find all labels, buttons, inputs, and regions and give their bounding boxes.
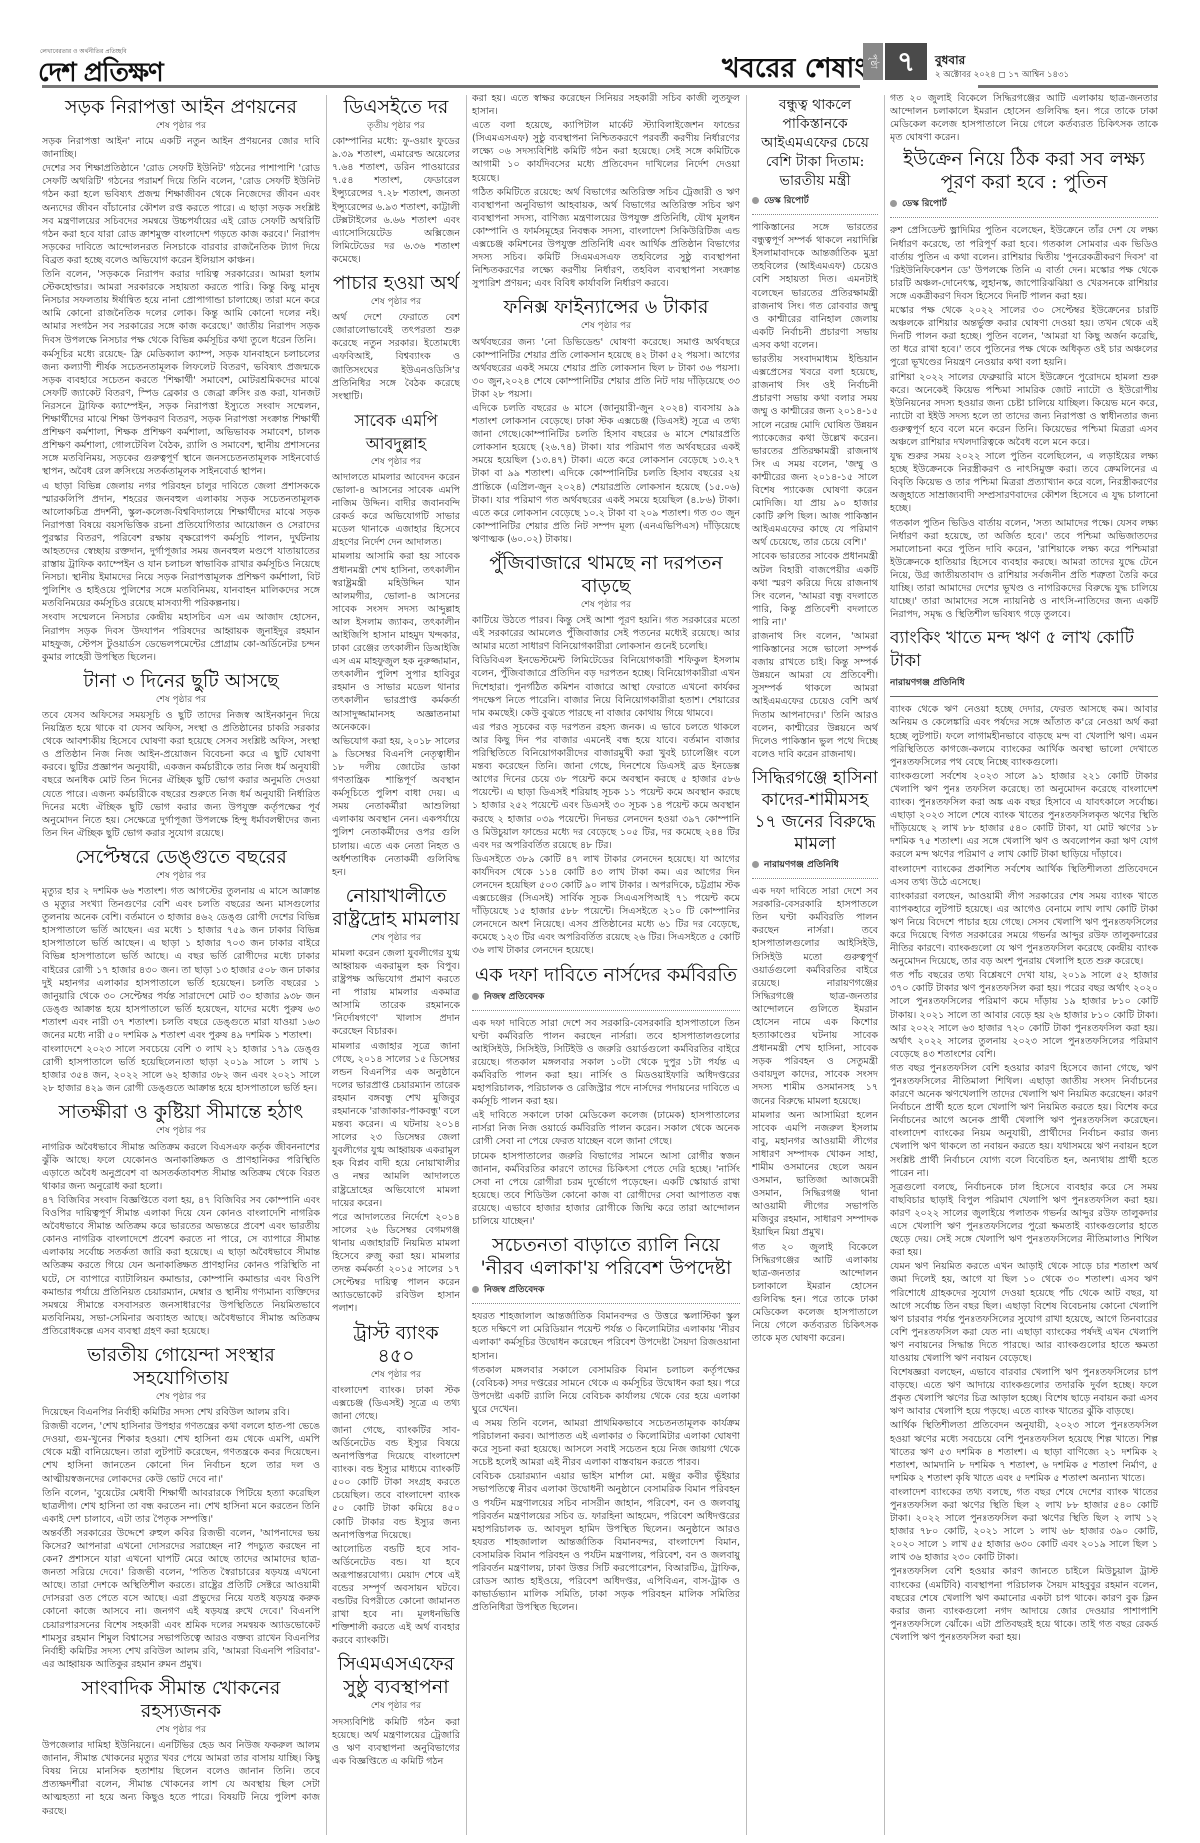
paragraph: উপজেলার দামিহা ইউনিয়নে। এনটিভির হেড অব … xyxy=(42,1739,320,1818)
article-siddhirganj[interactable]: সিদ্ধিরগঞ্জে হাসিনা কাদের-শামীমসহ ১৭ জনে… xyxy=(752,767,878,1345)
paragraph: অন্তর্বর্তী সরকারের উদ্দেশে রুহুল কবির র… xyxy=(42,1527,320,1671)
headline[interactable]: সচেতনতা বাড়াতে র‍্যালি নিয়ে 'নীরব এলাক… xyxy=(472,1234,740,1280)
paragraph: মামলায় আসামি করা হয় সাবেক প্রধানমন্ত্র… xyxy=(332,550,460,733)
bullet-icon xyxy=(472,1286,479,1293)
paragraph: বাংলাদেশ ব্যাংক। ঢাকা স্টক এক্সচেঞ্জ (ডি… xyxy=(332,1384,460,1423)
paragraph: এর পরও সূচকের বড় দরপতন রহস্য জনক। এ ভাব… xyxy=(472,721,740,852)
paragraph: এদিকে চলতি বছরের ৬ মাসে (জানুয়ারী-জুন ২… xyxy=(472,402,740,546)
article-silent-zone[interactable]: সচেতনতা বাড়াতে র‍্যালি নিয়ে 'নীরব এলাক… xyxy=(472,1234,740,1614)
paragraph: এ সময় তিনি বলেন, আমরা প্রাথমিকভাবে সচেত… xyxy=(472,1417,740,1469)
paragraph: গত ২০ জুলাই বিকেলে সিদ্ধিরগঞ্জের আটি এলা… xyxy=(752,1241,878,1346)
headline[interactable]: ভারতীয় গোয়েন্দা সংস্থার সহযোগিতায় xyxy=(42,1344,320,1390)
paragraph: রাজনাথ সিং বলেন, 'আমরা পাকিস্তানের সঙ্গে… xyxy=(752,630,878,761)
article-noakhali[interactable]: নোয়াখালীতে রাষ্ট্রদ্রোহ মামলায় শেষ পৃষ… xyxy=(332,885,460,1316)
column-divider xyxy=(884,95,885,1835)
byline-text: নিজস্ব প্রতিবেদক xyxy=(484,1285,544,1295)
paragraph: কাটিয়ে উঠতে পারব। কিন্তু সেই আশা পূরণ হ… xyxy=(472,614,740,653)
issue-date: ২ অক্টোবর ২০২৪ ◻ ১৭ আশ্বিন ১৪৩১ xyxy=(935,68,1069,82)
column-divider xyxy=(746,95,747,1835)
headline[interactable]: সড়ক নিরাপত্তা আইন প্রণয়নের xyxy=(42,96,320,119)
bullet-icon xyxy=(752,197,759,204)
paragraph: অর্থবছরের জন্য 'নো ডিভিডেন্ড' ঘোষণা করেছ… xyxy=(472,336,740,401)
paragraph: সদস্যবিশিষ্ট কমিটি গঠন করা হয়েছে। অর্থ … xyxy=(332,1716,460,1768)
paragraph: দেশের সব শিক্ষাপ্রতিষ্ঠানে 'রোড সেফটি ইউ… xyxy=(42,162,320,267)
continued-label: শেষ পৃষ্ঠার পর xyxy=(472,320,740,333)
bullet-icon xyxy=(472,993,479,1000)
byline-text: নারায়ণগঞ্জ প্রতিনিধি xyxy=(764,860,839,870)
paragraph: আদালতে মামলার আবেদন করেন ভোলা-৪ আসনের সা… xyxy=(332,471,460,550)
paragraph: দিয়েছেন বিএনপির নির্বাহী কমিটির সদস্য শ… xyxy=(42,1406,320,1419)
headline[interactable]: পাচার হওয়া অর্থ xyxy=(332,272,460,295)
paragraph: মামলার এজাহার সূত্রে জানা গেছে, ২০১৪ সাল… xyxy=(332,1040,460,1210)
paragraph: ৪৭ বিজিবির সংবাদ বিজ্ঞপ্তিতে বলা হয়, ৪৭… xyxy=(42,1194,320,1338)
article-phoenix[interactable]: ফনিক্স ফাইন্যান্সের ৬ টাকার শেষ পৃষ্ঠার … xyxy=(472,296,740,546)
paragraph: এক দফা দাবিতে সারা দেশে সব সরকারি-বেসরকা… xyxy=(752,885,878,1108)
paragraph: গতকাল মঙ্গলবার সকালে বেসামরিক বিমান চলাচ… xyxy=(472,1364,740,1416)
paragraph: বাংলাদেশ ব্যাংকের প্রকাশিত সর্বশেষ আর্থি… xyxy=(890,863,1158,889)
paragraph: অভিযোগ করা হয়, ২০১৮ সালের ৯ ডিসেম্বর বি… xyxy=(332,735,460,879)
column-divider xyxy=(466,95,467,1835)
paragraph: জানা গেছে, ব্যাংকটির সাব-অর্ডিনেটেড বন্ড… xyxy=(332,1424,460,1542)
headline[interactable]: ব্যাংকিং খাতে মন্দ ঋণ ৫ লাখ কোটি টাকা xyxy=(890,627,1158,673)
paragraph: গত পাঁচ বছরের তথ্য বিশ্লেষণে দেখা যায়, … xyxy=(890,969,1158,1061)
continued-label: শেষ পৃষ্ঠার পর xyxy=(332,296,460,309)
paragraph: রুশ প্রেসিডেন্ট ভ্লাদিমির পুতিন বলেছেন, … xyxy=(890,224,1158,303)
headline[interactable]: সাতক্ষীরা ও কুষ্টিয়া সীমান্তে হঠাৎ xyxy=(42,1101,320,1124)
continued-label: শেষ পৃষ্ঠার পর xyxy=(42,120,320,133)
masthead: লেখাবেরতার ও অর্থনীতির প্রতিচ্ছবি দেশ প্… xyxy=(0,0,1200,80)
headline[interactable]: বন্ধুত্ব থাকলে পাকিস্তানকে আইএমএফের চেয়… xyxy=(752,96,878,191)
byline: নারায়ণগঞ্জ প্রতিনিধি xyxy=(752,856,878,879)
headline[interactable]: সেপ্টেম্বরে ডেঙ্গুতে বছরের xyxy=(42,846,320,869)
article-putin[interactable]: গত ২০ জুলাই বিকেলে সিদ্ধিরগঞ্জের আটি এলা… xyxy=(890,92,1158,621)
headline[interactable]: এক দফা দাবিতে নার্সদের কর্মবিরতি xyxy=(472,964,740,987)
headline[interactable]: নোয়াখালীতে রাষ্ট্রদ্রোহ মামলায় xyxy=(332,885,460,931)
paragraph: ঢামেক হাসপাতালের জরুরি বিভাগের সামনে আসা… xyxy=(472,1150,740,1229)
page-label: পৃষ্ঠা xyxy=(863,43,883,80)
headline[interactable]: পুঁজিবাজারে থামছে না দরপতন বাড়ছে xyxy=(472,552,740,598)
paragraph: রাশিয়া ২০২২ সালের ফেব্রুয়ারি মাসে ইউক্… xyxy=(890,371,1158,450)
article-road-safety[interactable]: সড়ক নিরাপত্তা আইন প্রণয়নের শেষ পৃষ্ঠার… xyxy=(42,96,320,664)
column-right: গত ২০ জুলাই বিকেলে সিদ্ধিরগঞ্জের আটি এলা… xyxy=(890,92,1158,1837)
article-cmsf-top[interactable]: করা হয়। এতে স্বাক্ষর করেছেন সিনিয়র সহক… xyxy=(472,92,740,290)
paragraph: গতকাল পুতিন ভিডিও বার্তায় বলেন, 'সত্য আ… xyxy=(890,517,1158,622)
paragraph: নাগরিক অবৈধভাবে সীমান্ত অতিক্রম করলে বিএ… xyxy=(42,1141,320,1193)
page-number: ৭ xyxy=(885,43,927,80)
continued-label: শেষ পৃষ্ঠার পর xyxy=(42,1724,320,1737)
article-intelligence[interactable]: ভারতীয় গোয়েন্দা সংস্থার সহযোগিতায় শেষ… xyxy=(42,1344,320,1671)
header-rule-left xyxy=(42,85,860,88)
paragraph: তিনি বলেন, 'সড়ককে নিরাপদ করার দায়িত্ব … xyxy=(42,268,320,347)
paragraph: ভারতীয় সংবাদমাধ্যম ইন্ডিয়ান এক্সপ্রেসে… xyxy=(752,353,878,549)
headline[interactable]: সাবেক এমপি আবদুল্লাহ xyxy=(332,409,460,455)
bullet-icon xyxy=(752,861,759,868)
header-rule-right xyxy=(978,85,1158,88)
paragraph: অর্থ দেশে ফেরাতে বেশ জোরালোভাবেই তৎপরতা … xyxy=(332,311,460,403)
article-journalist[interactable]: সাংবাদিক সীমান্ত খোকনের রহস্যজনক শেষ পৃষ… xyxy=(42,1677,320,1818)
byline-text: ডেস্ক রিপোর্ট xyxy=(902,199,947,209)
byline: ডেস্ক রিপোর্ট xyxy=(890,195,1158,218)
paragraph: রিজভী বলেন, 'শেখ হাসিনার উপহার গণতন্ত্রে… xyxy=(42,1420,320,1485)
paragraph: যেমন ঋণ নিয়মিত করতে এখন আড়াই থেকে সাড়… xyxy=(890,1260,1158,1365)
article-dengue[interactable]: সেপ্টেম্বরে ডেঙ্গুতে বছরের শেষ পৃষ্ঠার প… xyxy=(42,846,320,1096)
headline[interactable]: ডিএসইতে দর xyxy=(332,96,460,119)
article-cmsf-management[interactable]: সিএমএসএফের সুষ্ঠু ব্যবস্থাপনা শেষ পৃষ্ঠা… xyxy=(332,1653,460,1767)
paragraph: আলোচিত বন্ডটি হবে সাব-অর্ডিনেটেড বন্ড। য… xyxy=(332,1543,460,1648)
article-dse-price[interactable]: ডিএসইতে দর তৃতীয় পৃষ্ঠার পর কোম্পানির ম… xyxy=(332,96,460,266)
article-nurses[interactable]: এক দফা দাবিতে নার্সদের কর্মবিরতি নিজস্ব … xyxy=(472,964,740,1229)
paragraph: তবে যেসব অফিসের সময়সূচি ও ছুটি তাদের নি… xyxy=(42,709,320,840)
continued-label: শেষ পৃষ্ঠার পর xyxy=(42,870,320,883)
column-narrow-right: বন্ধুত্ব থাকলে পাকিস্তানকে আইএমএফের চেয়… xyxy=(752,92,878,1837)
paragraph: কর্মসূচির মধ্যে রয়েছে- ফ্রি মেডিক্যাল ক… xyxy=(42,348,320,479)
byline-text: নিজস্ব প্রতিবেদক xyxy=(484,992,544,1002)
paragraph: এক দফা দাবিতে সারা দেশে সব সরকারি-বেসরকা… xyxy=(472,1017,740,1109)
paragraph: পুনঃতফসিল বেশি হওয়ার কারণ জানতে চাইলে ম… xyxy=(890,1565,1158,1644)
paragraph: সংবাদ সম্মেলনে নিসচার কেন্দ্রীয় মহাসচিব… xyxy=(42,611,320,663)
article-bank-loans[interactable]: ব্যাংকিং খাতে মন্দ ঋণ ৫ লাখ কোটি টাকা না… xyxy=(890,627,1158,1644)
byline: নারায়ণগঞ্জ প্রতিনিধি xyxy=(890,674,1158,697)
paragraph: করা হয়। এতে স্বাক্ষর করেছেন সিনিয়র সহক… xyxy=(472,92,740,118)
bullet-icon xyxy=(890,200,897,207)
paragraph: বিডিবিএল ইনভেস্টমেন্ট লিমিটেডের বিনিয়োগ… xyxy=(472,654,740,719)
paragraph: মামলার অন্য আসামিরা হলেন সাবেক এমপি নজরু… xyxy=(752,1109,878,1240)
continued-label: শেষ পৃষ্ঠার পর xyxy=(332,1369,460,1382)
continued-label: শেষ পৃষ্ঠার পর xyxy=(332,932,460,945)
paragraph: বাংলাদেশ ব্যাংকের তথ্য বলছে, গত বছর শেষে… xyxy=(890,1486,1158,1565)
byline: নিজস্ব প্রতিবেদক xyxy=(472,1281,740,1304)
column-narrow: ডিএসইতে দর তৃতীয় পৃষ্ঠার পর কোম্পানির ম… xyxy=(332,92,460,1837)
byline-text: নারায়ণগঞ্জ প্রতিনিধি xyxy=(890,678,965,688)
article-stock-market[interactable]: পুঁজিবাজারে থামছে না দরপতন বাড়ছে শেষ পৃ… xyxy=(472,552,740,958)
headline[interactable]: সাংবাদিক সীমান্ত খোকনের রহস্যজনক xyxy=(42,1677,320,1723)
paragraph: সাবেক ভারতের সাবেক প্রধানমন্ত্রী অটল বিহ… xyxy=(752,550,878,629)
continued-label: তৃতীয় পৃষ্ঠার পর xyxy=(332,120,460,133)
paragraph: এ ছাড়া বিভিন্ন জেলায় নগর পরিবহন চালুর … xyxy=(42,480,320,611)
paragraph: সড়ক নিরাপত্তা আইন' নামে একটি নতুন আইন প… xyxy=(42,135,320,161)
paragraph: বেবিচক চেয়ারম্যান এয়ার ভাইস মার্শাল মো… xyxy=(472,1470,740,1614)
article-money-laundering[interactable]: পাচার হওয়া অর্থ শেষ পৃষ্ঠার পর অর্থ দেশ… xyxy=(332,272,460,403)
continued-label: শেষ পৃষ্ঠার পর xyxy=(332,456,460,469)
paragraph: মস্কোর পক্ষ থেকে ২০২২ সালের ৩০ সেপ্টেম্ব… xyxy=(890,304,1158,369)
paragraph: পরে আদালতের নির্দেশে ২০১৪ সালের ২৬ ডিসেম… xyxy=(332,1211,460,1316)
paragraph: মৃত্যুর হার ২ দশমিক ৬৬ শতাংশ। গত আগস্টের… xyxy=(42,885,320,1042)
byline-text: ডেস্ক রিপোর্ট xyxy=(764,196,809,206)
article-pakistan-imf[interactable]: বন্ধুত্ব থাকলে পাকিস্তানকে আইএমএফের চেয়… xyxy=(752,96,878,761)
paragraph: গঠিত কমিটিতে রয়েছে: অর্থ বিভাগের অতিরিক… xyxy=(472,186,740,291)
headline[interactable]: সিদ্ধিরগঞ্জে হাসিনা কাদের-শামীমসহ ১৭ জনে… xyxy=(752,767,878,855)
paragraph: সূত্রগুলো বলছে, নির্বাচনকে ঢাল হিসেবে ব্… xyxy=(890,1181,1158,1260)
paragraph: বাংলাদেশে ২০২৩ সালে সবচেয়ে বেশি ৩ লাখ ২… xyxy=(42,1043,320,1095)
paragraph: এতে বলা হয়েছে, ক্যাপিটাল মার্কেট স্ট্যা… xyxy=(472,119,740,184)
headline[interactable]: ট্রাস্ট ব্যাংক ৪৫০ xyxy=(332,1322,460,1368)
continued-label: শেষ পৃষ্ঠার পর xyxy=(42,694,320,707)
article-holiday[interactable]: টানা ৩ দিনের ছুটি আসছে শেষ পৃষ্ঠার পর তব… xyxy=(42,670,320,840)
article-trust-bank[interactable]: ট্রাস্ট ব্যাংক ৪৫০ শেষ পৃষ্ঠার পর বাংলাদ… xyxy=(332,1322,460,1648)
paragraph: ব্যাংকগুলো সর্বশেষ ২০২৩ সালে ৯১ হাজার ২২… xyxy=(890,770,1158,862)
paragraph: ব্যাংকাররা বলছেন, আওয়ামী লীগ সরকারের শে… xyxy=(890,890,1158,969)
continued-label: শেষ পৃষ্ঠার পর xyxy=(42,1125,320,1138)
paragraph: যুদ্ধ শুরুর সময় ২০২২ সালে পুতিন বলেছিলে… xyxy=(890,450,1158,515)
article-border[interactable]: সাতক্ষীরা ও কুষ্টিয়া সীমান্তে হঠাৎ শেষ … xyxy=(42,1101,320,1338)
headline[interactable]: ফনিক্স ফাইন্যান্সের ৬ টাকার xyxy=(472,296,740,319)
paragraph: গত বছর পুনঃতফসিল বেশি হওয়ার কারণ হিসেবে… xyxy=(890,1062,1158,1180)
paragraph: পাকিস্তানের সঙ্গে ভারতের বন্ধুত্বপূর্ণ স… xyxy=(752,221,878,352)
article-abdullah[interactable]: সাবেক এমপি আবদুল্লাহ শেষ পৃষ্ঠার পর আদাল… xyxy=(332,409,460,879)
paragraph: হযরত শাহজালাল আন্তর্জাতিক বিমানবন্দর ও উ… xyxy=(472,1310,740,1362)
continued-label: শেষ পৃষ্ঠার পর xyxy=(472,599,740,612)
column-middle: করা হয়। এতে স্বাক্ষর করেছেন সিনিয়র সহক… xyxy=(472,92,740,1837)
continued-label: শেষ পৃষ্ঠার পর xyxy=(42,1391,320,1404)
paragraph: ব্যাংক থেকে ঋণ নেওয়া হচ্ছে দেদার, ফেরত … xyxy=(890,703,1158,768)
byline: নিজস্ব প্রতিবেদক xyxy=(472,988,740,1011)
paragraph: ডিএসইতে ৩৮৯ কোটি ৪৭ লাখ টাকার লেনদেন হয়… xyxy=(472,853,740,958)
headline[interactable]: টানা ৩ দিনের ছুটি আসছে xyxy=(42,670,320,693)
paragraph: বিশেষজ্ঞরা বলছেন, এভাবে বারবার খেলাপি ঋণ… xyxy=(890,1366,1158,1418)
newspaper-logo[interactable]: দেশ প্রতিক্ষণ xyxy=(38,52,163,96)
paragraph: মামলা করেন জেলা যুবলীগের যুগ্ম আহ্বায়ক … xyxy=(332,947,460,1039)
column-left: সড়ক নিরাপত্তা আইন প্রণয়নের শেষ পৃষ্ঠার… xyxy=(42,92,320,1837)
column-divider xyxy=(326,95,327,1835)
paragraph: আর্থিক স্থিতিশীলতা প্রতিবেদন অনুযায়ী, ২… xyxy=(890,1419,1158,1484)
paragraph: গত ২০ জুলাই বিকেলে সিদ্ধিরগঞ্জের আটি এলা… xyxy=(890,92,1158,144)
byline: ডেস্ক রিপোর্ট xyxy=(752,192,878,215)
paragraph: তিনি বলেন, 'বুয়েটের মেধাবী শিক্ষার্থী আ… xyxy=(42,1487,320,1526)
headline[interactable]: ইউক্রেন নিয়ে ঠিক করা সব লক্ষ্য পূরণ করা… xyxy=(890,148,1158,194)
paragraph: কোম্পানির মধ্যে: ফু-ওয়াং ফুডের ৯.৩৯ শতা… xyxy=(332,135,460,266)
headline[interactable]: সিএমএসএফের সুষ্ঠু ব্যবস্থাপনা xyxy=(332,1653,460,1699)
continued-label: শেষ পৃষ্ঠার পর xyxy=(332,1700,460,1713)
paragraph: এই দাবিতে সকালে ঢাকা মেডিকেল কলেজ (ঢামেক… xyxy=(472,1109,740,1148)
